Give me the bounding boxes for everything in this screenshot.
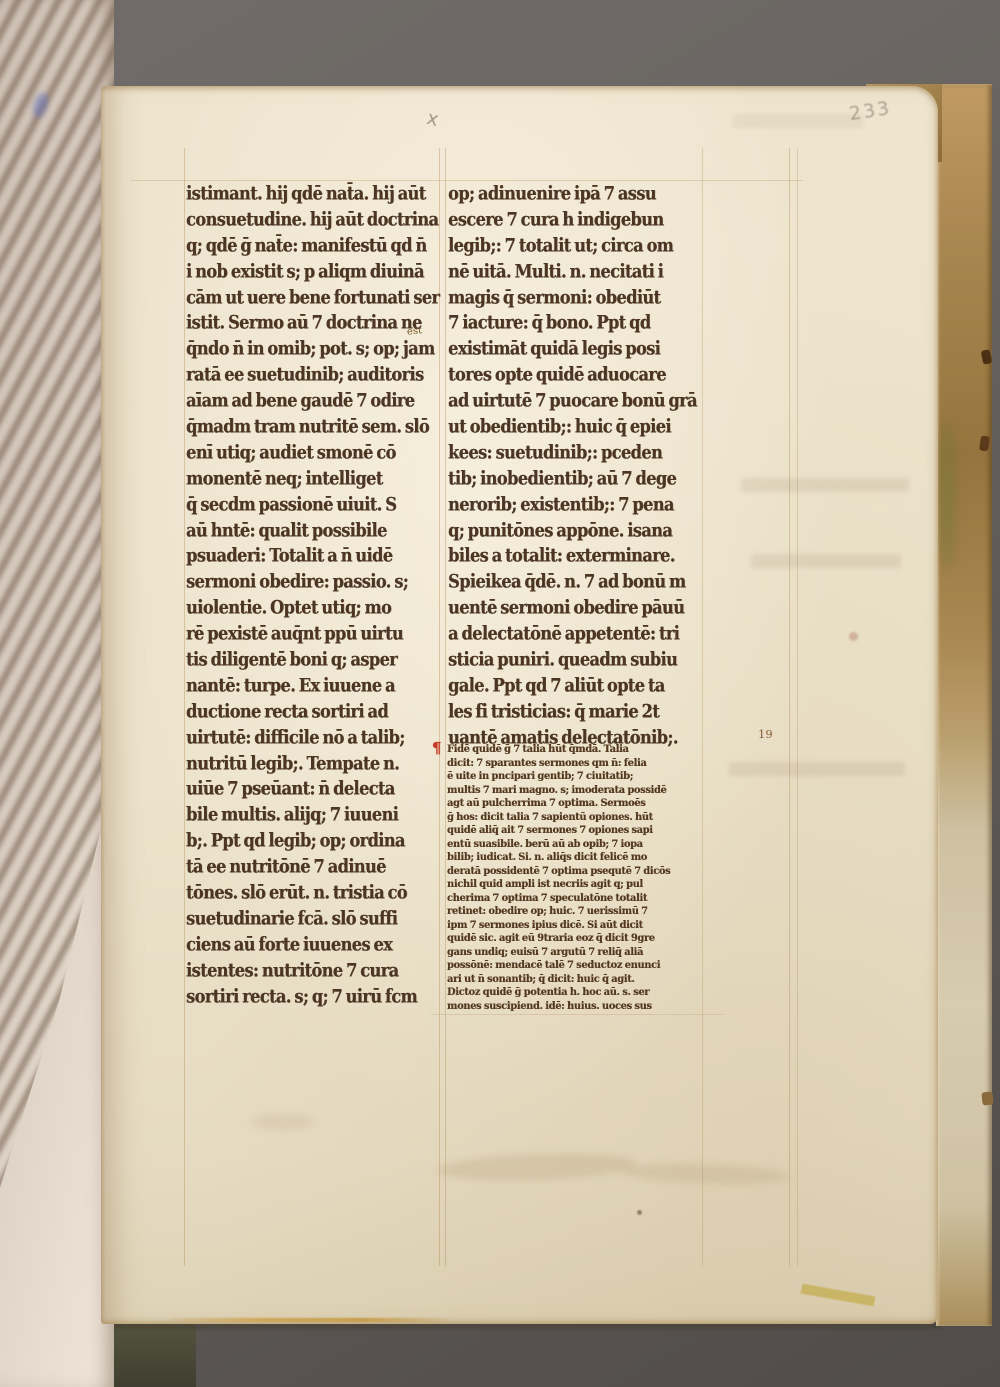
text-line: sortiri recta. s; q; 7 uirū fcm	[186, 982, 442, 1012]
text-line: q̄ secdm passionē uiuit. S	[186, 490, 442, 520]
show-through-text	[729, 762, 905, 776]
text-line: enī utiq; audiet smonē cō	[186, 438, 442, 468]
commentary-line: multis 7 mari magno. s; imoderata possid…	[447, 784, 717, 798]
commentary-line: ē uite in pncipari gentib; 7 ciuitatib;	[447, 770, 717, 784]
text-line: tib; inobedientib; aū 7 dege	[448, 464, 710, 494]
text-line: kees: suetudinib;: pceden	[448, 438, 710, 468]
text-line: monentē neq; intelliget	[186, 464, 442, 494]
text-line: legib;: 7 totalit ut; circa om	[448, 231, 710, 261]
commentary-line: deratā possidentē 7 optima psequtē 7 dic…	[447, 865, 717, 879]
manuscript-photograph: 233 x est 19 ¶ istimant. hij qdē nat̄a. …	[0, 0, 1000, 1387]
facing-page-edge	[0, 0, 114, 1387]
commentary-line: agt aū pulcherrima 7 optima. Sermoēs	[447, 797, 717, 811]
text-line: ductione recta sortiri ad	[186, 697, 442, 727]
facing-page-text-area	[0, 0, 114, 1250]
commentary-line: Fidē quidē ḡ 7 talia hūt q̄mdā. Talia	[447, 743, 717, 757]
commentary-block: Fidē quidē ḡ 7 talia hūt q̄mdā. Taliadic…	[447, 743, 717, 1017]
text-line: consuetudine. hij aūt doctrina	[186, 205, 442, 235]
text-line: ciens aū forte iuuenes ex	[186, 930, 442, 960]
text-line: q; qdē ḡ nat̄e: manifestū qd n̄	[186, 231, 442, 261]
stain	[436, 1151, 637, 1184]
ruling-line-vertical	[797, 148, 798, 1266]
text-line: nē uitā. Multi. n. necitati i	[448, 257, 710, 287]
manuscript-page: 233 x est 19 ¶ istimant. hij qdē nat̄a. …	[101, 86, 938, 1324]
text-line: nantē: turpe. Ex iuuene a	[186, 671, 442, 701]
stain	[251, 1114, 315, 1130]
text-line: gale. Ppt qd 7 aliūt opte ta	[448, 671, 710, 701]
commentary-line: nichil quid ampli ist necriis agit q; pu…	[447, 878, 717, 892]
fore-edge-tab	[981, 1091, 993, 1105]
commentary-line: dicit: 7 sparantes sermones qm n̄: felia	[447, 757, 717, 771]
text-line: i nob existit s; p aliqm diuinā	[186, 257, 442, 287]
text-line: uirtutē: difficile nō a talib;	[186, 723, 442, 753]
show-through-text	[741, 478, 909, 492]
stain	[637, 1210, 642, 1215]
text-line: escere 7 cura h indigebun	[448, 205, 710, 235]
commentary-line: retinet: obedire op; huic. 7 uerissimū 7	[447, 905, 717, 919]
margin-number-19: 19	[758, 727, 773, 741]
facing-page-blurred-text	[0, 0, 114, 1250]
commentary-line: ari ut n̄ sonantib; q̄ dicit: huic q̄ ag…	[447, 973, 717, 987]
commentary-line: ipm 7 sermones ipius dicē. Si aūt dicit	[447, 919, 717, 933]
fore-edge-leaf	[936, 84, 992, 1326]
text-column-right: op; adinuenire ipā 7 assuescere 7 cura h…	[448, 181, 710, 756]
commentary-line: mones suscipiend. idē: huius. uoces sus	[447, 1000, 717, 1014]
ruling-line-vertical	[445, 148, 446, 1266]
text-line: istentes: nutritōne 7 cura	[186, 956, 442, 986]
ruling-line-vertical	[184, 148, 185, 1266]
commentary-line: gans undiq; euisū 7 argutū 7 reliq̄ aliā	[447, 946, 717, 960]
commentary-line: quidē aliq̄ ait 7 sermones 7 opiones sap…	[447, 824, 717, 838]
book-cover-edge	[100, 1322, 196, 1387]
show-through-text	[733, 114, 863, 128]
commentary-line: entū suasibile. berū aū ab opib; 7 iopa	[447, 838, 717, 852]
commentary-line: possōnē: mendacē talē 7 seductoz enunci	[447, 959, 717, 973]
commentary-line: quidē sic. agit eū 9traria eoz q̄ dicit …	[447, 932, 717, 946]
text-line: les fi tristicias: q̄ marie 2t	[448, 697, 710, 727]
show-through-text	[751, 554, 901, 568]
commentary-line: Dictoz quidē ḡ potentia h. hoc aū. s. se…	[447, 986, 717, 1000]
page-bottom-sliver	[801, 1284, 876, 1307]
commentary-line: bilib; iudicat. Si. n. aliq̄s dicit feli…	[447, 851, 717, 865]
commentary-line: cherima 7 optima 7 speculatōne totalit	[447, 892, 717, 906]
stain	[849, 632, 858, 641]
text-column-left: istimant. hij qdē nat̄a. hij aūtconsuetu…	[186, 181, 442, 1015]
pencil-x-mark: x	[425, 107, 441, 131]
stain	[621, 1161, 792, 1187]
text-line: nerorib; existentib;: 7 pena	[448, 490, 710, 520]
fore-edge-stain	[938, 420, 956, 570]
ruling-line-vertical	[789, 148, 790, 1266]
page-bottom-edge	[173, 1318, 447, 1322]
commentary-line: ḡ hos: dicit talia 7 sapientū opiones. h…	[447, 811, 717, 825]
